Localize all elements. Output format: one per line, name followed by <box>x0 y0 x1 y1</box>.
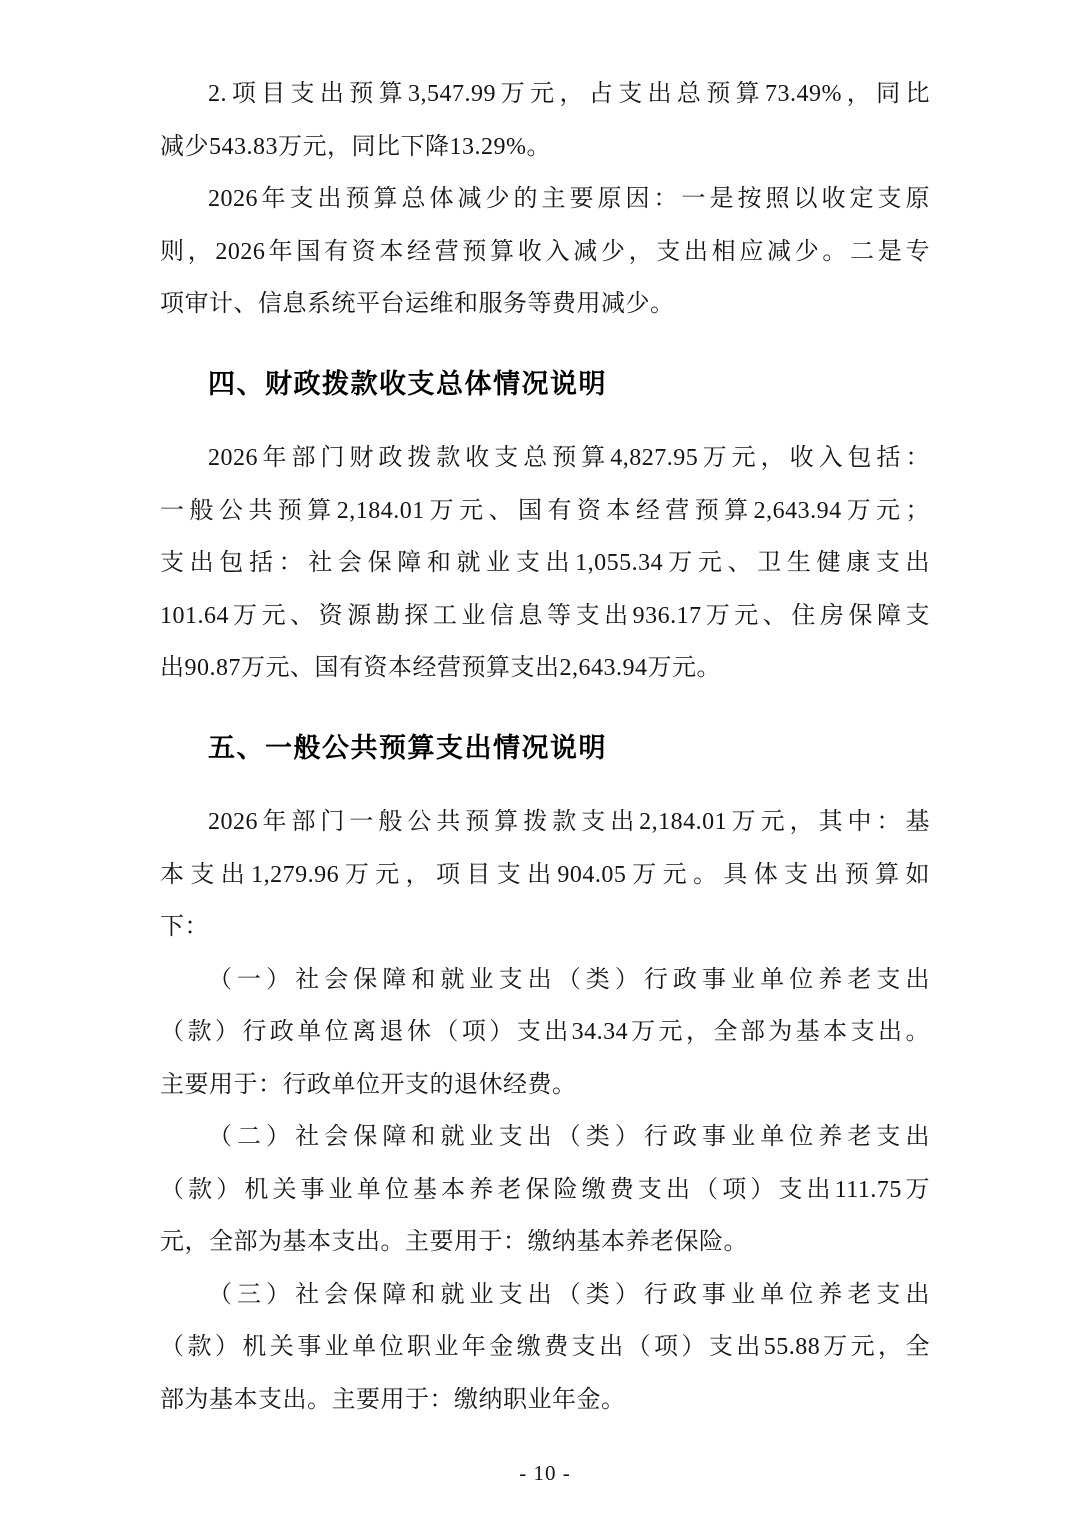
document-content: 2.项目支出预算3,547.99万元，占支出总预算73.49%，同比 减少543… <box>160 0 930 1486</box>
text-line: （款）机关事业单位基本养老保险缴费支出（项）支出111.75万 <box>160 1164 930 1217</box>
text-line: 本支出1,279.96万元，项目支出904.05万元。具体支出预算如 <box>160 849 930 902</box>
paragraph-item-3-occupational-annuity-expense: （三）社会保障和就业支出（类）行政事业单位养老支出 （款）机关事业单位职业年金缴… <box>160 1269 930 1427</box>
text-line: 2.项目支出预算3,547.99万元，占支出总预算73.49%，同比 <box>160 68 930 121</box>
text-line: 减少543.83万元，同比下降13.29%。 <box>160 121 930 174</box>
paragraph-item-1-retirement-expense: （一）社会保障和就业支出（类）行政事业单位养老支出 （款）行政单位离退休（项）支… <box>160 954 930 1112</box>
document-page: 2.项目支出预算3,547.99万元，占支出总预算73.49%，同比 减少543… <box>0 0 1074 1520</box>
text-line: 项审计、信息系统平台运维和服务等费用减少。 <box>160 278 930 331</box>
paragraph-project-expense-summary: 2.项目支出预算3,547.99万元，占支出总预算73.49%，同比 减少543… <box>160 68 930 173</box>
text-line: （二）社会保障和就业支出（类）行政事业单位养老支出 <box>160 1111 930 1164</box>
text-line: 主要用于：行政单位开支的退休经费。 <box>160 1059 930 1112</box>
text-line: （款）行政单位离退休（项）支出34.34万元，全部为基本支出。 <box>160 1006 930 1059</box>
text-line: （三）社会保障和就业支出（类）行政事业单位养老支出 <box>160 1269 930 1322</box>
text-line: 出90.87万元、国有资本经营预算支出2,643.94万元。 <box>160 642 930 695</box>
paragraph-expense-decrease-reasons: 2026年支出预算总体减少的主要原因：一是按照以收定支原 则，2026年国有资本… <box>160 173 930 331</box>
text-line: 元，全部为基本支出。主要用于：缴纳基本养老保险。 <box>160 1216 930 1269</box>
page-number: - 10 - <box>160 1460 930 1486</box>
paragraph-fiscal-appropriation-overview: 2026年部门财政拨款收支总预算4,827.95万元，收入包括： 一般公共预算2… <box>160 432 930 695</box>
text-line: 支出包括：社会保障和就业支出1,055.34万元、卫生健康支出 <box>160 537 930 590</box>
text-line: 部为基本支出。主要用于：缴纳职业年金。 <box>160 1374 930 1427</box>
text-line: （一）社会保障和就业支出（类）行政事业单位养老支出 <box>160 954 930 1007</box>
text-line: 2026年部门一般公共预算拨款支出2,184.01万元，其中：基 <box>160 796 930 849</box>
section-heading-fiscal-appropriation: 四、财政拨款收支总体情况说明 <box>160 358 930 411</box>
section-heading-general-public-budget: 五、一般公共预算支出情况说明 <box>160 722 930 775</box>
text-line: 一般公共预算2,184.01万元、国有资本经营预算2,643.94万元； <box>160 485 930 538</box>
text-line: 2026年支出预算总体减少的主要原因：一是按照以收定支原 <box>160 173 930 226</box>
paragraph-general-public-budget-overview: 2026年部门一般公共预算拨款支出2,184.01万元，其中：基 本支出1,27… <box>160 796 930 954</box>
text-line: 101.64万元、资源勘探工业信息等支出936.17万元、住房保障支 <box>160 590 930 643</box>
text-line: （款）机关事业单位职业年金缴费支出（项）支出55.88万元，全 <box>160 1321 930 1374</box>
paragraph-item-2-basic-pension-expense: （二）社会保障和就业支出（类）行政事业单位养老支出 （款）机关事业单位基本养老保… <box>160 1111 930 1269</box>
text-line: 则，2026年国有资本经营预算收入减少，支出相应减少。二是专 <box>160 226 930 279</box>
text-line: 2026年部门财政拨款收支总预算4,827.95万元，收入包括： <box>160 432 930 485</box>
text-line: 下： <box>160 901 930 954</box>
